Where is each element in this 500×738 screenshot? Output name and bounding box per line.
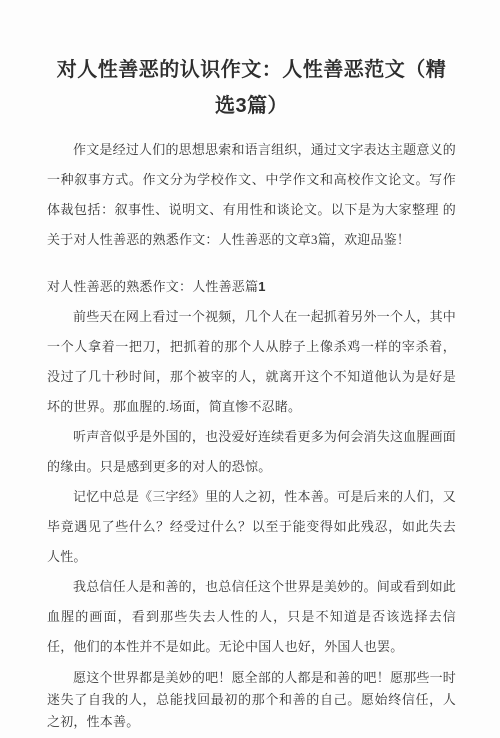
body-paragraph: 我总信任人是和善的，也总信任这个世界是美妙的。间或看到如此 血腥的画面，看到那些… (47, 572, 456, 662)
section-heading: 对人性善恶的熟悉作文：人性善恶篇1 (47, 272, 456, 302)
intro-paragraph: 作文是经过人们的思想思索和语言组织，通过文字表达主题意义的 一种叙事方式。作文分… (47, 135, 456, 255)
section-heading-number: 1 (258, 279, 265, 294)
document-title-number: 3 (235, 95, 247, 117)
body-paragraph: 愿这个世界都是美妙的吧！愿全部的人都是和善的吧！愿那些一时 迷失了自我的人，总能… (47, 667, 456, 733)
body-paragraph: 记忆中总是《三字经》里的人之初，性本善。可是后来的人们，又 毕竟遇见了些什么？经… (47, 482, 456, 572)
body-paragraph: 前些天在网上看过一个视频，几个人在一起抓着另外一个人，其中 一个人拿着一把刀，把… (47, 302, 456, 422)
document-title: 对人性善恶的认识作文：人性善恶范文（精选3篇） (47, 52, 456, 124)
body-paragraph: 听声音似乎是外国的，也没爱好连续看更多为何会消失这血腥画面 的缘由。只是感到更多… (47, 422, 456, 482)
document-title-suffix: 篇） (247, 95, 288, 117)
document-page: 对人性善恶的认识作文：人性善恶范文（精选3篇） 作文是经过人们的思想思索和语言组… (0, 0, 500, 738)
section-heading-text: 对人性善恶的熟悉作文：人性善恶篇 (47, 279, 258, 294)
